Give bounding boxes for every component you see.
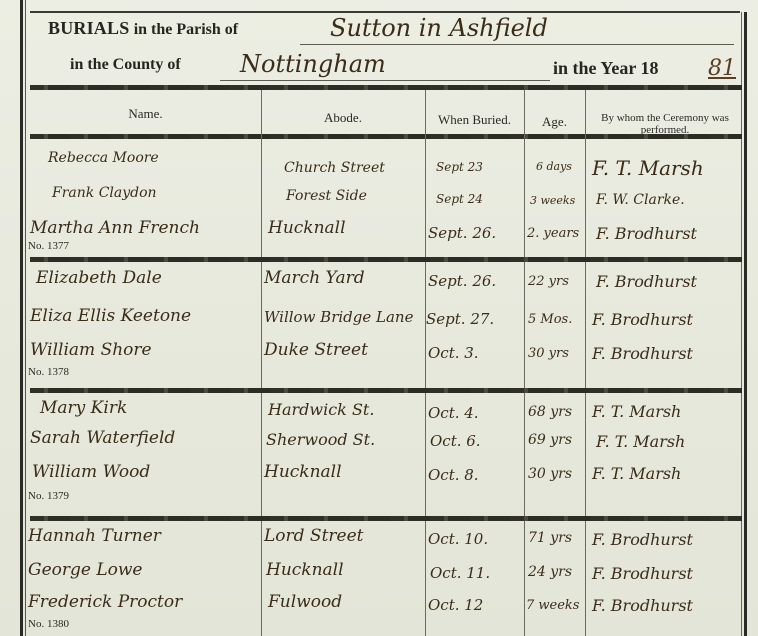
parish-fill-line: [300, 44, 734, 45]
entry-abode: Forest Side: [286, 188, 367, 204]
column-header-when-buried: When Buried.: [425, 112, 524, 128]
entry-when: Oct. 8.: [428, 466, 479, 484]
page-border-right: [744, 12, 747, 636]
top-rule: [30, 11, 740, 13]
entry-abode: Hucknall: [268, 218, 346, 238]
entry-officiant: F. Brodhurst: [592, 564, 693, 583]
col-divider-age-officiant: [585, 90, 586, 636]
entry-when: Sept. 26.: [428, 272, 496, 290]
entry-age: 7 weeks: [526, 598, 579, 613]
entry-name: Martha Ann French: [30, 218, 200, 238]
entry-age: 5 Mos.: [528, 312, 572, 327]
entry-number: No. 1380: [28, 618, 69, 630]
entry-age: 30 yrs: [528, 466, 572, 482]
entry-officiant: F. Brodhurst: [592, 344, 693, 363]
entry-officiant: F. T. Marsh: [592, 156, 704, 180]
heading-label: BURIALS: [48, 18, 129, 38]
entry-name: Sarah Waterfield: [30, 428, 175, 448]
entry-officiant: F. Brodhurst: [596, 224, 697, 243]
entry-when: Sept. 27.: [426, 310, 494, 328]
register-heading: BURIALS in the Parish of: [48, 18, 238, 39]
entry-age: 6 days: [536, 160, 572, 173]
column-header-name: Name.: [30, 106, 261, 122]
entry-name: Frederick Proctor: [28, 592, 182, 612]
entry-officiant: F. Brodhurst: [592, 596, 693, 615]
col-divider-name-abode: [261, 90, 262, 636]
year-prefix: in the Year 18: [553, 58, 659, 78]
entry-abode: March Yard: [264, 268, 365, 288]
entry-name: Mary Kirk: [40, 398, 127, 418]
entry-name: Elizabeth Dale: [36, 268, 162, 288]
entry-name: George Lowe: [28, 560, 142, 580]
entry-age: 68 yrs: [528, 404, 572, 420]
entry-age: 69 yrs: [528, 432, 572, 448]
county-value: Nottingham: [240, 50, 386, 78]
entry-when: Oct. 4.: [428, 404, 479, 422]
entry-officiant: F. Brodhurst: [596, 272, 697, 291]
year-line: in the Year 18: [553, 58, 659, 79]
column-header-age: Age.: [524, 114, 585, 130]
entry-officiant: F. Brodhurst: [592, 310, 693, 329]
entry-abode: Sherwood St.: [266, 430, 375, 449]
entry-officiant: F. W. Clarke.: [596, 192, 685, 208]
page-border-left: [20, 0, 23, 636]
entry-age: 30 yrs: [528, 346, 569, 361]
county-fill-line: [220, 80, 550, 81]
entry-officiant: F. Brodhurst: [592, 530, 693, 549]
entry-name: Frank Claydon: [52, 185, 157, 201]
entry-when: Oct. 12: [428, 596, 483, 614]
entry-when: Oct. 11.: [430, 564, 490, 582]
entry-age: 2. years: [527, 226, 579, 241]
entry-abode: Willow Bridge Lane: [264, 308, 413, 326]
county-line: in the County of: [70, 54, 181, 74]
entry-abode: Duke Street: [264, 340, 368, 360]
entry-number: No. 1379: [28, 490, 69, 502]
entry-name: Eliza Ellis Keetone: [30, 306, 191, 326]
entry-officiant: F. T. Marsh: [592, 464, 681, 483]
entry-age: 22 yrs: [528, 274, 569, 289]
entry-officiant: F. T. Marsh: [592, 402, 681, 421]
column-header-abode: Abode.: [261, 110, 425, 126]
parish-value: Sutton in Ashfield: [330, 14, 548, 42]
entry-name: Rebecca Moore: [48, 150, 159, 166]
entry-when: Sept 24: [436, 192, 483, 206]
entry-abode: Hucknall: [266, 560, 344, 580]
register-page: BURIALS in the Parish of Sutton in Ashfi…: [0, 0, 758, 636]
entry-abode: Church Street: [284, 160, 385, 176]
entry-abode: Lord Street: [264, 526, 364, 546]
year-value: 81: [708, 56, 736, 81]
entry-when: Sept 23: [436, 160, 483, 174]
entry-age: 24 yrs: [528, 564, 572, 580]
entry-abode: Hardwick St.: [268, 400, 374, 419]
entry-number: No. 1377: [28, 240, 69, 252]
entry-name: Hannah Turner: [28, 526, 161, 546]
entry-when: Oct. 6.: [430, 432, 481, 450]
section-rule-1379: [30, 388, 742, 393]
entry-abode: Fulwood: [268, 592, 342, 612]
column-header-officiant: By whom the Ceremony was performed.: [590, 112, 740, 136]
parish-prefix: in the Parish of: [134, 21, 238, 38]
col-divider-abode-when: [425, 90, 426, 636]
section-rule-1378: [30, 257, 742, 262]
entry-number: No. 1378: [28, 366, 69, 378]
entry-age: 71 yrs: [528, 530, 572, 546]
section-rule-1380: [30, 516, 742, 521]
entry-when: Oct. 10.: [428, 530, 488, 548]
entry-age: 3 weeks: [530, 194, 575, 207]
entry-when: Sept. 26.: [428, 224, 496, 242]
header-rule-top: [30, 85, 742, 90]
page-border-left-inner: [25, 0, 26, 636]
col-divider-when-age: [524, 90, 525, 636]
page-border-right-inner: [741, 12, 742, 636]
entry-name: William Shore: [30, 340, 152, 360]
entry-abode: Hucknall: [264, 462, 342, 482]
county-prefix: in the County of: [70, 56, 181, 73]
entry-name: William Wood: [32, 462, 150, 482]
entry-when: Oct. 3.: [428, 344, 479, 362]
entry-officiant: F. T. Marsh: [596, 432, 685, 451]
